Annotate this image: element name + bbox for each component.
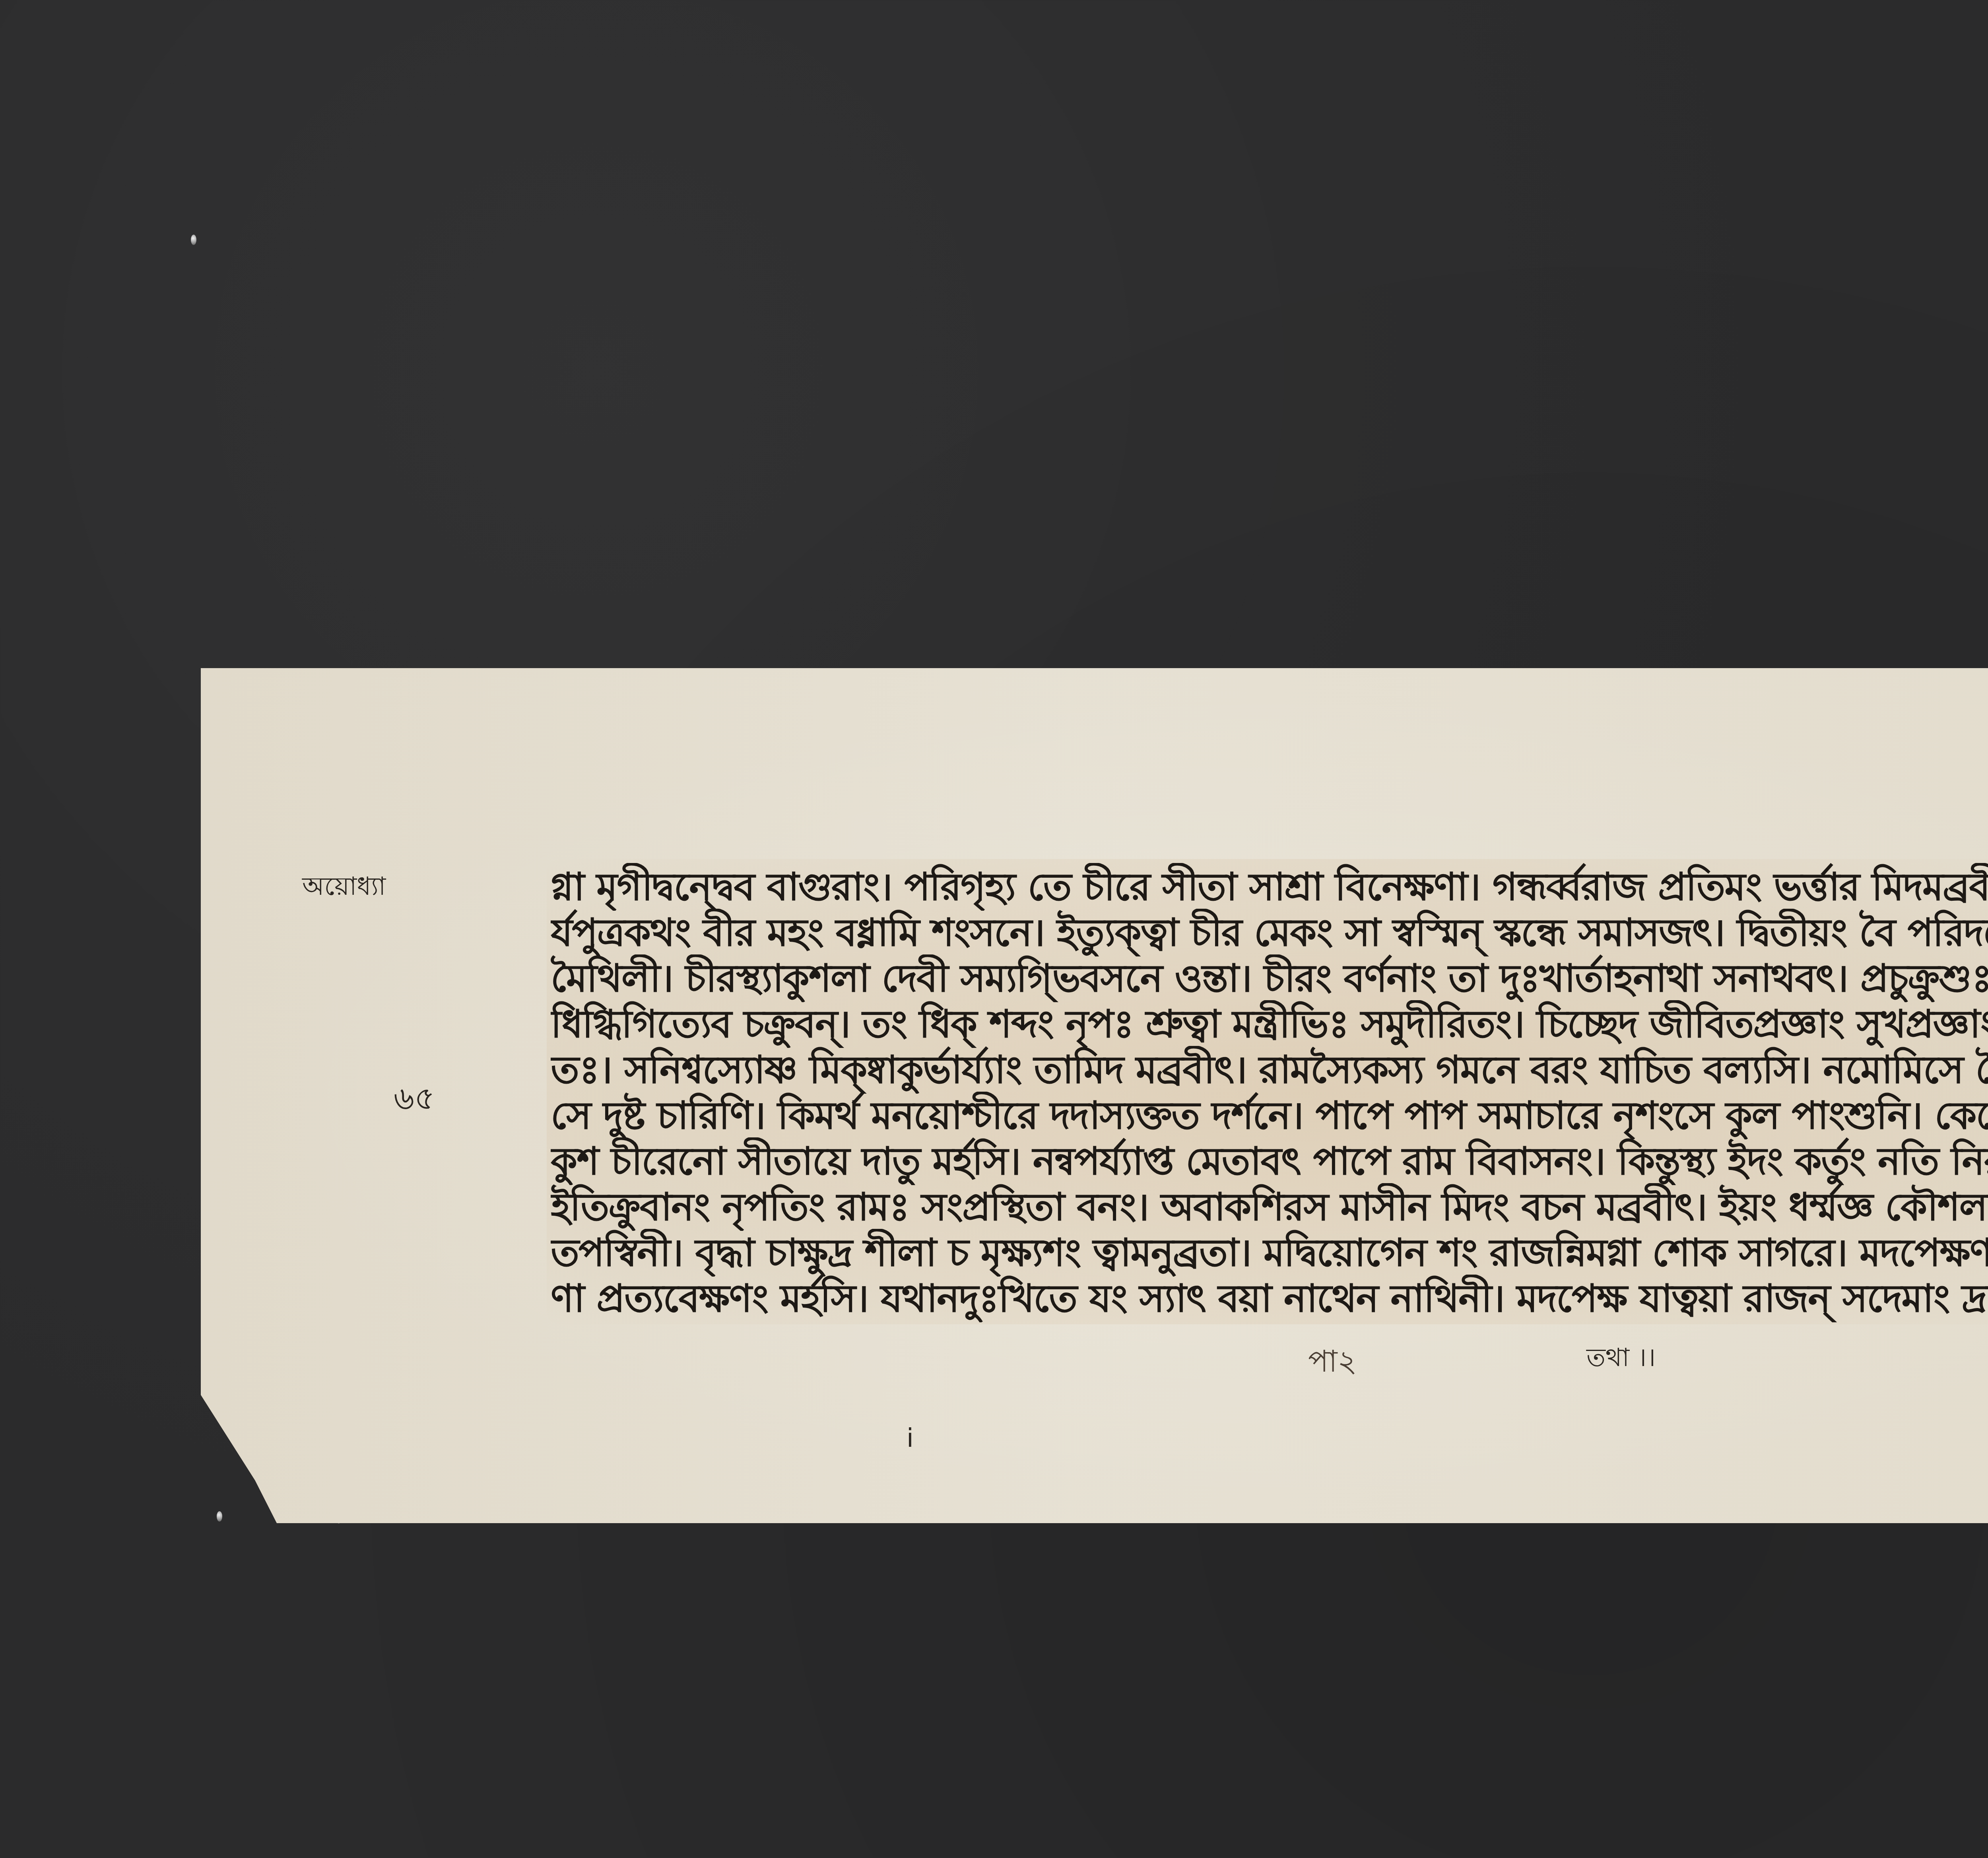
text-line: ণা প্রত্যবেক্ষণং মর্হসি। যথানদুঃখিতে যং … — [551, 1275, 1988, 1322]
bottom-mark-left: পা২ — [1308, 1338, 1357, 1389]
text-line: র্যপুত্রকথং বীর মহং বধ্নামি শংসনে। ইত্যু… — [551, 909, 1988, 956]
mounting-pin — [191, 235, 196, 245]
text-line: ধিগ্ধিগিত্যেব চক্রুবন্। তং ধিক্ শব্দং নৃ… — [551, 1000, 1988, 1048]
text-line: তপস্বিনী। বৃদ্ধা চাক্ষুদ্র শীলা চ মৃক্ষ্… — [551, 1229, 1988, 1277]
leaf-number: ৬৫ — [394, 1074, 435, 1127]
text-line: তঃ। সনিশ্বস্যোষ্ণ মিক্ষ্বাকুর্ভার্য্যাং … — [551, 1046, 1988, 1094]
text-line: ইতিক্রুবানং নৃপতিং রামঃ সংপ্রস্থিতা বনং।… — [551, 1183, 1988, 1231]
text-line: মৈথিলী। চীরস্থ্যাকুশলা দেবী সম্যগ্ভিবসনে… — [551, 954, 1988, 1002]
text-line: কুশ চীরেনো সীতায়ে দাতু মর্হসি। নন্বপর্য… — [551, 1137, 1988, 1185]
bottom-mark-right: তথা ।। — [1586, 1338, 1656, 1381]
text-line: সে দুষ্ট চারিণি। কিমর্থ মনয়োশ্চীরে দদাস… — [551, 1092, 1988, 1139]
text-line: গ্না মৃগীদ্বন্দ্বেব বাগুরাং। পরিগৃহ্য তে… — [551, 863, 1988, 911]
stray-mark: i — [907, 1424, 914, 1453]
mounting-pin — [217, 1511, 222, 1522]
margin-title: অয়োধ্যা — [302, 867, 386, 910]
